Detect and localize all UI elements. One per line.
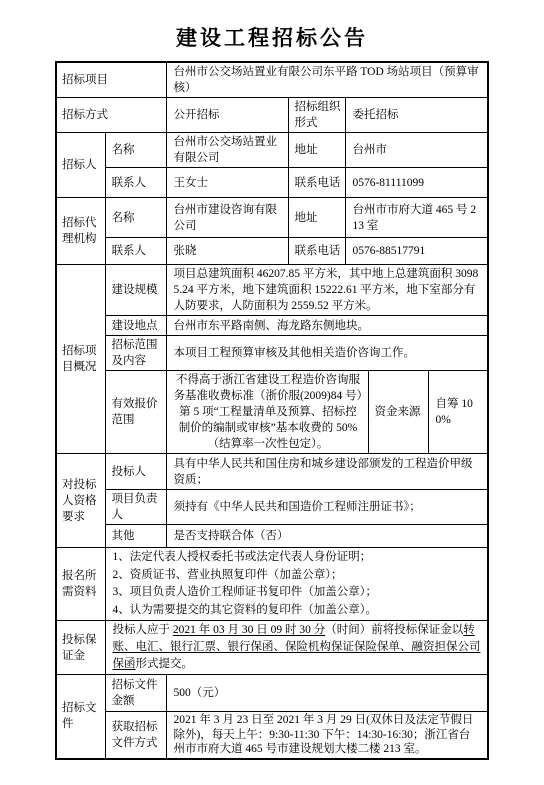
overview-location-label-cell: 建设地点 (106, 316, 167, 336)
agency-address-cell: 台州市市府大道 465 号 213 室 (346, 198, 488, 238)
fund-source-label-cell: 资金来源 (369, 371, 429, 454)
row-docs-fee: 招标文件 招标文件金额 500（元） (56, 675, 488, 712)
agency-address-label-cell: 地址 (289, 198, 346, 238)
qualification-bidder-cell: 具有中华人民共和国住房和城乡建设部颁发的工程造价甲级资质； (167, 454, 488, 490)
overview-price-label-cell: 有效报价范围 (106, 371, 167, 454)
agency-contact-cell: 张晓 (167, 238, 289, 265)
row-agency-contact: 联系人 张晓 联系电话 0576-88517791 (56, 238, 488, 265)
bidder-section-label-cell: 招标人 (56, 133, 106, 198)
docs-section-label-cell: 招标文件 (56, 675, 106, 759)
overview-location-cell: 台州市东平路南侧、海龙路东侧地块。 (167, 316, 488, 336)
row-materials: 报名所需资料 1、法定代表人授权委托书或法定代表人身份证明； 2、资质证书、营业… (56, 548, 488, 621)
overview-scale-label-cell: 建设规模 (106, 265, 167, 316)
row-overview-location: 建设地点 台州市东平路南侧、海龙路东侧地块。 (56, 316, 488, 336)
deposit-suffix-text: 形式提交。 (135, 658, 193, 670)
agency-contact-label-cell: 联系人 (106, 238, 167, 265)
deposit-text-cell: 投标人应于 2021 年 03 月 30 日 09 时 30 分（时间）前将投标… (106, 621, 488, 675)
deposit-middle-text: （时间）前将投标保证金以 (325, 624, 463, 636)
materials-list-cell: 1、法定代表人授权委托书或法定代表人身份证明； 2、资质证书、营业执照复印件（加… (106, 548, 488, 621)
project-label-cell: 招标项目 (56, 62, 167, 98)
project-value-cell: 台州市公交场站置业有限公司东平路 TOD 场站项目（预算审核） (167, 62, 488, 98)
bidder-name-label-cell: 名称 (106, 133, 167, 168)
overview-scope-cell: 本项目工程预算审核及其他相关造价咨询工作。 (167, 336, 488, 371)
materials-item-1: 1、法定代表人授权委托书或法定代表人身份证明； (112, 549, 481, 567)
qualification-section-label-cell: 对投标人资格要求 (56, 454, 106, 548)
row-deposit: 投标保证金 投标人应于 2021 年 03 月 30 日 09 时 30 分（时… (56, 621, 488, 675)
bidder-name-cell: 台州市公交场站置业有限公司 (167, 133, 289, 168)
bidder-contact-cell: 王女士 (167, 168, 289, 198)
bidder-address-cell: 台州市 (346, 133, 488, 168)
page-title: 建设工程招标公告 (0, 22, 544, 52)
qualification-other-cell: 是否支持联合体（否） (167, 525, 488, 548)
agency-name-cell: 台州市建设咨询有限公司 (167, 198, 289, 238)
row-agency-name: 招标代理机构 名称 台州市建设咨询有限公司 地址 台州市市府大道 465 号 2… (56, 198, 488, 238)
agency-phone-cell: 0576-88517791 (346, 238, 488, 265)
deposit-prefix-text: 投标人应于 (112, 624, 172, 636)
docs-obtain-label-cell: 获取招标文件方式 (106, 712, 167, 759)
qualification-manager-cell: 须持有《中华人民共和国造价工程师注册证书》； (167, 490, 488, 525)
materials-section-label-cell: 报名所需资料 (56, 548, 106, 621)
row-method: 招标方式 公开招标 招标组织形式 委托招标 (56, 98, 488, 133)
materials-item-3: 3、项目负责人造价工程师证书复印件（加盖公章）； (112, 584, 481, 602)
method-label-cell: 招标方式 (56, 98, 167, 133)
bidder-phone-label-cell: 联系电话 (289, 168, 346, 198)
overview-scope-label-cell: 招标范围及内容 (106, 336, 167, 371)
docs-fee-label-cell: 招标文件金额 (106, 675, 167, 712)
agency-section-label-cell: 招标代理机构 (56, 198, 106, 265)
overview-price-cell: 不得高于浙江省建设工程造价咨询服务基准收费标准（浙价服(2009)84 号）第 … (167, 371, 369, 454)
bidder-phone-cell: 0576-81111099 (346, 168, 488, 198)
row-qualification-other: 其他 是否支持联合体（否） (56, 525, 488, 548)
agency-name-label-cell: 名称 (106, 198, 167, 238)
row-qualification-manager: 项目负责人 须持有《中华人民共和国造价工程师注册证书》； (56, 490, 488, 525)
overview-section-label-cell: 招标项目概况 (56, 265, 106, 454)
qualification-other-label-cell: 其他 (106, 525, 167, 548)
row-bidder-contact: 联系人 王女士 联系电话 0576-81111099 (56, 168, 488, 198)
method-value-cell: 公开招标 (167, 98, 289, 133)
row-docs-obtain: 获取招标文件方式 2021 年 3 月 23 日至 2021 年 3 月 29 … (56, 712, 488, 759)
announcement-table: 招标项目 台州市公交场站置业有限公司东平路 TOD 场站项目（预算审核） 招标方… (55, 61, 489, 760)
fund-source-value-cell: 自筹 100% (429, 371, 488, 454)
docs-fee-cell: 500（元） (167, 675, 488, 712)
row-bidder-name: 招标人 名称 台州市公交场站置业有限公司 地址 台州市 (56, 133, 488, 168)
row-overview-price: 有效报价范围 不得高于浙江省建设工程造价咨询服务基准收费标准（浙价服(2009)… (56, 371, 488, 454)
deposit-section-label-cell: 投标保证金 (56, 621, 106, 675)
row-overview-scale: 招标项目概况 建设规模 项目总建筑面积 46207.85 平方米，其中地上总建筑… (56, 265, 488, 316)
materials-item-4: 4、认为需要提交的其它资料的复印件（加盖公章）。 (112, 602, 481, 620)
deposit-deadline-underline: 2021 年 03 月 30 日 09 时 30 分 (173, 624, 325, 636)
qualification-bidder-label-cell: 投标人 (106, 454, 167, 490)
row-overview-scope: 招标范围及内容 本项目工程预算审核及其他相关造价咨询工作。 (56, 336, 488, 371)
qualification-manager-label-cell: 项目负责人 (106, 490, 167, 525)
materials-item-2: 2、资质证书、营业执照复印件（加盖公章）； (112, 567, 481, 585)
row-qualification-bidder: 对投标人资格要求 投标人 具有中华人民共和国住房和城乡建设部颁发的工程造价甲级资… (56, 454, 488, 490)
agency-phone-label-cell: 联系电话 (289, 238, 346, 265)
org-form-label-cell: 招标组织形式 (289, 98, 346, 133)
bidder-contact-label-cell: 联系人 (106, 168, 167, 198)
docs-obtain-cell: 2021 年 3 月 23 日至 2021 年 3 月 29 日(双休日及法定节… (167, 712, 488, 759)
bidder-address-label-cell: 地址 (289, 133, 346, 168)
org-form-value-cell: 委托招标 (346, 98, 488, 133)
row-project: 招标项目 台州市公交场站置业有限公司东平路 TOD 场站项目（预算审核） (56, 62, 488, 98)
overview-scale-cell: 项目总建筑面积 46207.85 平方米，其中地上总建筑面积 30985.24 … (167, 265, 488, 316)
